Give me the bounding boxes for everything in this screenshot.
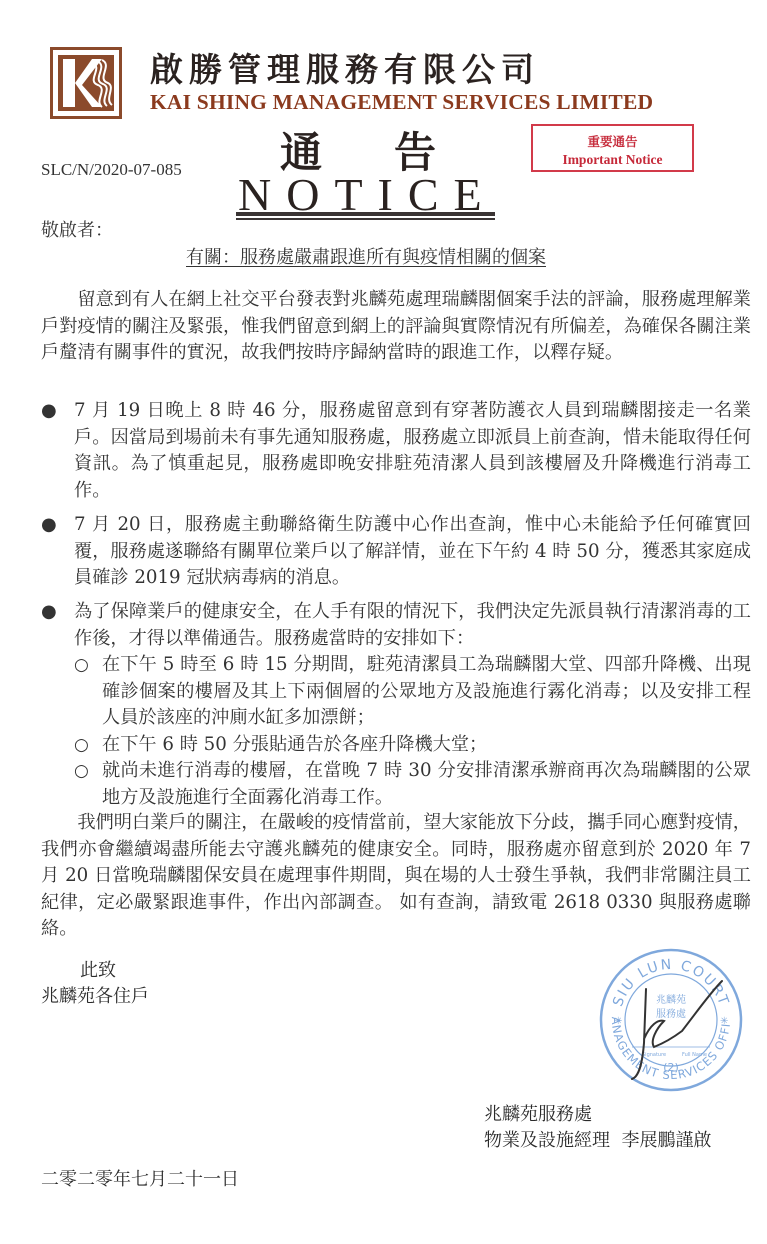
intro-paragraph: 留意到有人在網上社交平台發表對兆麟苑處理瑞麟閣個案手法的評論，服務處理解業戶對疫…	[41, 287, 751, 367]
sub-bullet-text: 在下午 5 時至 6 時 15 分期間，駐苑清潔員工為瑞麟閣大堂、四部升降機、出…	[102, 652, 751, 732]
bullet-text: 7 月 19 日晚上 8 時 46 分，服務處留意到有穿著防護衣人員到瑞麟閣接走…	[74, 398, 751, 504]
subject-line: 有關：服務處嚴肅跟進所有與疫情相關的個案	[186, 243, 546, 269]
bullet-item: ● 7 月 19 日晚上 8 時 46 分，服務處留意到有穿著防護衣人員到瑞麟閣…	[41, 398, 751, 504]
svg-text:服務處: 服務處	[656, 1007, 686, 1020]
svg-text:Full Name: Full Name	[682, 1052, 707, 1058]
bullet-dot-icon: ●	[41, 599, 71, 626]
important-notice-en: Important Notice	[533, 152, 692, 168]
signature-office: 兆麟苑服務處	[484, 1100, 592, 1126]
stamp-seal-icon: SIU LUN COURT MANAGEMENT SERVICES OFFICE…	[598, 947, 744, 1093]
svg-text:✳: ✳	[720, 1016, 728, 1027]
bullet-dot-icon: ●	[41, 512, 71, 539]
office-stamp: SIU LUN COURT MANAGEMENT SERVICES OFFICE…	[598, 947, 744, 1093]
svg-text:✳: ✳	[614, 1016, 622, 1027]
important-notice-zh: 重要通告	[533, 132, 692, 150]
closing-line: 此致	[80, 956, 116, 982]
bullet-text: 7 月 20 日，服務處主動聯絡衛生防護中心作出查詢，惟中心未能給予任何確實回覆…	[74, 512, 751, 592]
svg-text:兆麟苑: 兆麟苑	[656, 993, 686, 1006]
company-name-en: KAI SHING MANAGEMENT SERVICES LIMITED	[150, 90, 653, 115]
bullet-text: 為了保障業戶的健康安全，在人手有限的情況下，我們決定先派員執行清潔消毒的工作後，…	[74, 599, 751, 652]
salutation: 敬啟者：	[41, 216, 113, 242]
notice-date: 二零二零年七月二十一日	[41, 1165, 239, 1191]
sub-bullet-circle-icon: ○	[74, 652, 104, 679]
reference-number: SLC/N/2020-07-085	[41, 160, 182, 180]
bullet-item: ● 7 月 20 日，服務處主動聯絡衛生防護中心作出查詢，惟中心未能給予任何確實…	[41, 512, 751, 592]
ks-logo-icon	[58, 55, 114, 111]
sub-bullet-item: ○ 就尚未進行消毒的樓層，在當晚 7 時 30 分安排清潔承辦商再次為瑞麟閣的公…	[74, 758, 751, 811]
title-underline-thick	[236, 212, 495, 216]
signature-title-name: 物業及設施經理 李展鵬謹啟	[484, 1126, 711, 1152]
addressee: 兆麟苑各住戶	[41, 982, 149, 1008]
sub-bullet-circle-icon: ○	[74, 732, 104, 759]
company-name-zh: 啟勝管理服務有限公司	[150, 44, 540, 91]
sub-bullet-circle-icon: ○	[74, 758, 104, 785]
sub-bullet-text: 就尚未進行消毒的樓層，在當晚 7 時 30 分安排清潔承辦商再次為瑞麟閣的公眾地…	[102, 758, 751, 811]
sub-bullet-text: 在下午 6 時 50 分張貼通告於各座升降機大堂；	[102, 732, 751, 759]
company-logo	[50, 47, 122, 119]
svg-text:(2): (2)	[663, 1061, 679, 1074]
sub-bullet-item: ○ 在下午 5 時至 6 時 15 分期間，駐苑清潔員工為瑞麟閣大堂、四部升降機…	[74, 652, 751, 732]
svg-text:Signature: Signature	[642, 1052, 666, 1058]
closing-paragraph: 我們明白業戶的關注，在嚴峻的疫情當前，望大家能放下分歧，攜手同心應對疫情，我們亦…	[41, 810, 751, 943]
important-notice-badge: 重要通告 Important Notice	[531, 124, 694, 172]
bullet-dot-icon: ●	[41, 398, 71, 425]
title-underline-thin	[236, 218, 495, 220]
sub-bullet-item: ○ 在下午 6 時 50 分張貼通告於各座升降機大堂；	[74, 732, 751, 759]
bullet-item: ● 為了保障業戶的健康安全，在人手有限的情況下，我們決定先派員執行清潔消毒的工作…	[41, 599, 751, 811]
